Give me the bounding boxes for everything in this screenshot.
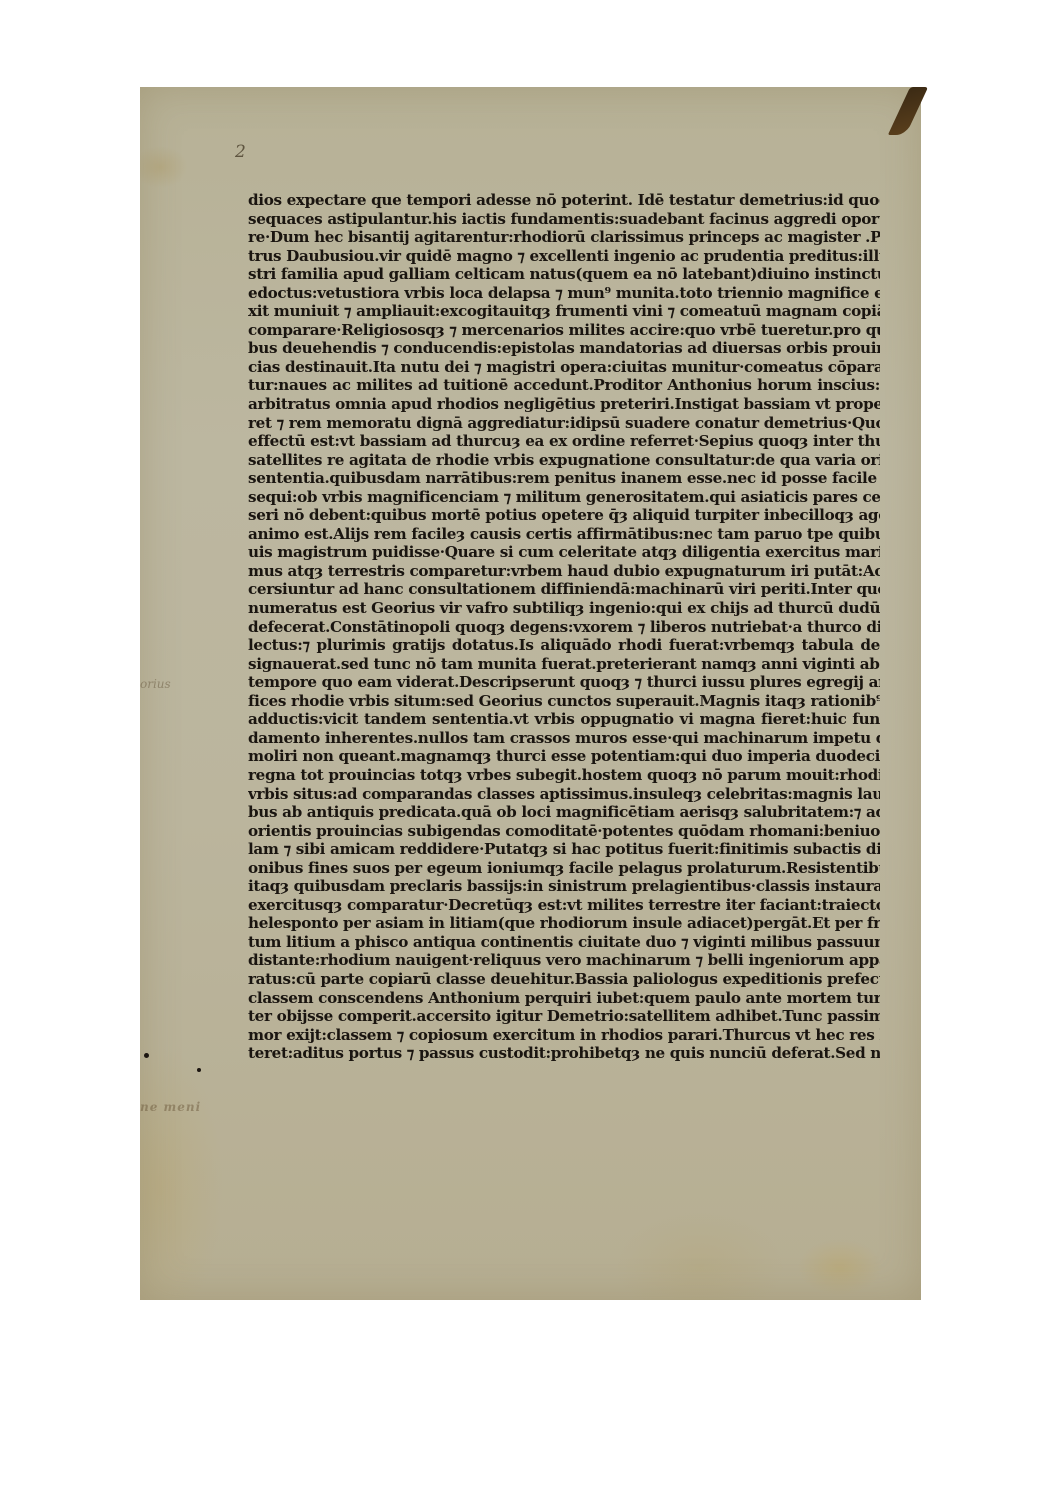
text-line: regna tot prouincias totqȝ vrbes subegit… [248, 766, 880, 785]
text-line: ret ⁊ rem memoratu dignā aggrediatur:idi… [248, 414, 880, 433]
text-line: helesponto per asiam in litiam(que rhodi… [248, 914, 880, 933]
text-line: tempore quo eam viderat.Descripserunt qu… [248, 673, 880, 692]
margin-note: orius [140, 677, 171, 691]
folio-number: 2 [235, 142, 246, 162]
text-line: mor exijt:classem ⁊ copiosum exercitum i… [248, 1026, 880, 1045]
text-line: seri nō debent:quibus mortē potius opete… [248, 506, 880, 525]
text-line: cias destinauit.Ita nutu dei ⁊ magistri … [248, 358, 880, 377]
text-line: itaqȝ quibusdam preclaris bassijs:in sin… [248, 877, 880, 896]
text-line: uis magistrum puidisse·Quare si cum cele… [248, 543, 880, 562]
text-line: onibus fines suos per egeum ioniumqȝ fac… [248, 859, 880, 878]
text-line: tur:naues ac milites ad tuitionē accedun… [248, 376, 880, 395]
text-line: lam ⁊ sibi amicam reddidere·Putatqȝ si h… [248, 840, 880, 859]
scanned-page: 2 orius ne meni dios expectare que tempo… [140, 87, 921, 1300]
text-line: edoctus:vetustiora vrbis loca delapsa ⁊ … [248, 284, 880, 303]
text-line: teret:aditus portus ⁊ passus custodit:pr… [248, 1044, 880, 1063]
text-line: damento inherentes.nullos tam crassos mu… [248, 729, 880, 748]
text-line: sequaces astipulantur.his iactis fundame… [248, 210, 880, 229]
text-line: moliri non queant.magnamqȝ thurci esse p… [248, 747, 880, 766]
text-line: ter obijsse comperit.accersito igitur De… [248, 1007, 880, 1026]
text-line: sententia.quibusdam narrātibus:rem penit… [248, 469, 880, 488]
ink-spot [197, 1068, 201, 1072]
text-line: stri familia apud galliam celticam natus… [248, 265, 880, 284]
text-line: fices rhodie vrbis situm:sed Georius cun… [248, 692, 880, 711]
text-line: xit muniuit ⁊ ampliauit:excogitauitqȝ fr… [248, 302, 880, 321]
text-line: tum litium a phisco antiqua continentis … [248, 933, 880, 952]
text-line: arbitratus omnia apud rhodios negligētiu… [248, 395, 880, 414]
ink-spot [144, 1053, 149, 1058]
text-line: effectū est:vt bassiam ad thurcuȝ ea ex … [248, 432, 880, 451]
text-line: vrbis situs:ad comparandas classes aptis… [248, 785, 880, 804]
text-line: exercitusqȝ comparatur·Decretūqȝ est:vt … [248, 896, 880, 915]
text-line: comparare·Religiososqȝ ⁊ mercenarios mil… [248, 321, 880, 340]
text-line: trus Daubusiou.vir quidē magno ⁊ excelle… [248, 247, 880, 266]
text-line: cersiuntur ad hanc consultationem diffin… [248, 580, 880, 599]
page-corner-tab [888, 87, 928, 135]
margin-note: ne meni [140, 1100, 201, 1114]
text-line: ratus:cū parte copiarū classe deuehitur.… [248, 970, 880, 989]
text-line: lectus:⁊ plurimis gratijs dotatus.Is ali… [248, 636, 880, 655]
text-line: distante:rhodium nauigent·reliquus vero … [248, 951, 880, 970]
text-line: satellites re agitata de rhodie vrbis ex… [248, 451, 880, 470]
text-line: sequi:ob vrbis magnificenciam ⁊ militum … [248, 488, 880, 507]
text-line: animo est.Alijs rem facileȝ causis certi… [248, 525, 880, 544]
text-line: bus deuehendis ⁊ conducendis:epistolas m… [248, 339, 880, 358]
text-line: mus atqȝ terrestris comparetur:vrbem hau… [248, 562, 880, 581]
text-line: numeratus est Georius vir vafro subtiliq… [248, 599, 880, 618]
text-line: defecerat.Constātinopoli quoqȝ degens:vx… [248, 618, 880, 637]
text-line: re·Dum hec bisantij agitarentur:rhodiorū… [248, 228, 880, 247]
body-text: dios expectare que tempori adesse nō pot… [248, 191, 880, 1063]
text-line: adductis:vicit tandem sententia.vt vrbis… [248, 710, 880, 729]
text-line: classem conscendens Anthonium perquiri i… [248, 989, 880, 1008]
text-line: dios expectare que tempori adesse nō pot… [248, 191, 880, 210]
text-line: orientis prouincias subigendas comoditat… [248, 822, 880, 841]
text-line: signauerat.sed tunc nō tam munita fuerat… [248, 655, 880, 674]
text-line: bus ab antiquis predicata.quā ob loci ma… [248, 803, 880, 822]
